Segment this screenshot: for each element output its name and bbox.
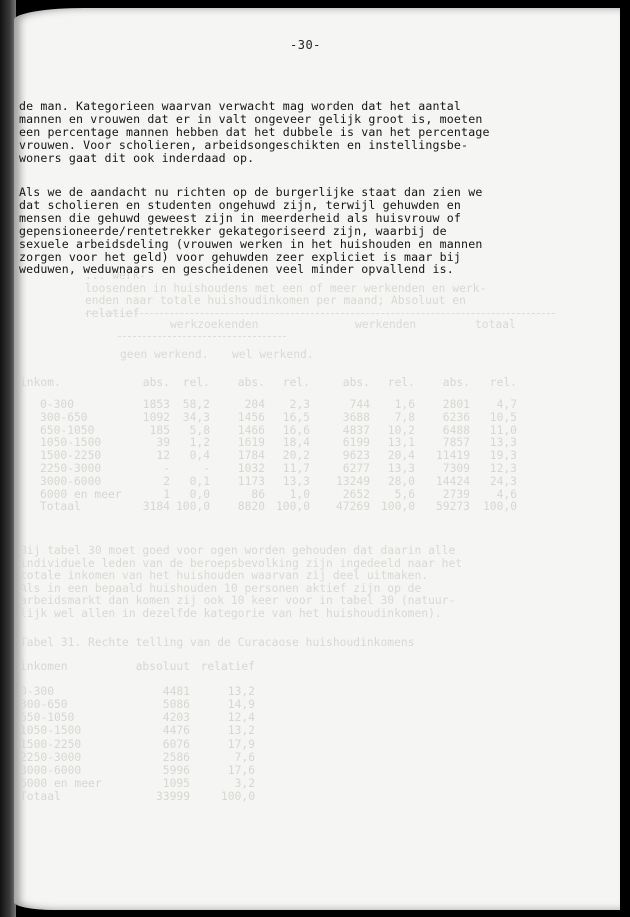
bleed-table-cell: - [203, 462, 210, 475]
bleed-through-table2-title: Tabel 31. Rechte telling van de Curacaos… [20, 637, 414, 650]
bleed-table2-row: 1500-2250607617,9 [20, 738, 280, 751]
bleed-table-cell: 4,6 [497, 488, 517, 501]
bleed-table-cell: 10,5 [490, 411, 517, 424]
bleed-table-cell: 5,8 [190, 424, 210, 437]
bleed-table2-cell: 0-300 [20, 685, 54, 698]
paragraph-2: Als we de aandacht nu richten op de burg… [19, 186, 482, 276]
bleed-table-cell: 7857 [443, 436, 470, 449]
bleed-table2-cell: 6076 [163, 738, 190, 751]
bleed-table-cell: 13,1 [388, 436, 415, 449]
bleed-header-totaal: totaal [475, 318, 516, 331]
bleed-table-cell: 39 [156, 436, 170, 449]
bleed-table2-cell: 17,9 [228, 738, 255, 751]
bleed-table-row: 1050-1500391,2161918,4619913,1785713,3 [20, 436, 540, 449]
bleed-table2-cell: 13,2 [228, 724, 255, 737]
bleed-table2-row: 6000 en meer10953,2 [20, 777, 280, 790]
bleed-table-cell: 100,0 [276, 500, 310, 513]
bleed-table-row: 0-300185358,22042,37441,628014,7 [20, 398, 540, 411]
bleed-table2-cell: 13,2 [228, 685, 255, 698]
bleed-table-cell: 59273 [436, 500, 470, 513]
bleed-table2-cell: 1095 [163, 777, 190, 790]
bleed-table2-cell: 17,6 [228, 764, 255, 777]
bleed-table-cell: 744 [350, 398, 370, 411]
bleed-table-cell: 13,3 [490, 436, 517, 449]
bleed-table-cell: 3184 [143, 500, 170, 513]
bleed-table-cell: 6199 [343, 436, 370, 449]
bleed-table-cell: 86 [251, 488, 265, 501]
bleed-header-werkzoekenden: werkzoekenden [170, 318, 258, 331]
bleed-table-cell: 1092 [143, 411, 170, 424]
bleed-table2-cell: Totaal [20, 790, 61, 803]
bleed-table2-row: Totaal33999100,0 [20, 790, 280, 803]
bleed-table-cell: 13,3 [283, 475, 310, 488]
bleed-subheader-geen: geen werkend. [120, 348, 208, 361]
bleed-table2-row: 300-650508614,9 [20, 698, 280, 711]
bleed-table2-cell: 7,6 [235, 751, 255, 764]
bleed-table-cell: - [163, 462, 170, 475]
bleed-table-cell: 300-650 [40, 411, 88, 424]
bleed-table2-cell: 14,9 [228, 698, 255, 711]
bleed-table-cell: 0,1 [190, 475, 210, 488]
bleed-table-cell: 1,2 [190, 436, 210, 449]
bleed-table-cell: 13249 [336, 475, 370, 488]
bleed-table-cell: 7,8 [395, 411, 415, 424]
bleed-table-cell: 11,0 [490, 424, 517, 437]
bleed-table2-cell: 3,2 [235, 777, 255, 790]
bleed-table-cell: 100,0 [176, 500, 210, 513]
bleed-table-cell: 6236 [443, 411, 470, 424]
bleed-table2-cell: 4481 [163, 685, 190, 698]
bleed-table2-cell: 33999 [156, 790, 190, 803]
bleed-table-cell: 20,2 [283, 449, 310, 462]
bleed-subheader-wel: wel werkend. [232, 348, 314, 361]
bleed-column-header: inkom. [20, 376, 61, 389]
bleed-table-cell: 6488 [443, 424, 470, 437]
bleed-table-row: 650-10501855,8146616,6483710,2648811,0 [20, 424, 540, 437]
bleed-table-cell: 204 [245, 398, 265, 411]
bleed-table2-cell: absoluut [136, 660, 190, 673]
bleed-table-row: 1500-2250120,4178420,2962320,41141919,3 [20, 449, 540, 462]
bleed-table2-cell: 5996 [163, 764, 190, 777]
bleed-table-cell: 24,3 [490, 475, 517, 488]
bleed-table-cell: 6000 en meer [40, 488, 122, 501]
bleed-table2-cell: relatief [201, 660, 255, 673]
bleed-table-cell: 2 [163, 475, 170, 488]
bleed-table2-header: inkomenabsoluutrelatief [20, 660, 280, 673]
bleed-table-cell: 3688 [343, 411, 370, 424]
bleed-table-cell: 34,3 [183, 411, 210, 424]
bleed-table-cell: 1500-2250 [40, 449, 101, 462]
bleed-table-row: 300-650109234,3145616,536887,8623610,5 [20, 411, 540, 424]
bleed-table-cell: 10,2 [388, 424, 415, 437]
bleed-table2-cell: 1050-1500 [20, 724, 81, 737]
bleed-table2-row: 3000-6000599617,6 [20, 764, 280, 777]
bleed-table2-row: 0-300448113,2 [20, 685, 280, 698]
bleed-table-cell: 2801 [443, 398, 470, 411]
bleed-table-cell: 0,4 [190, 449, 210, 462]
bleed-table2-row: 650-1050420312,4 [20, 711, 280, 724]
bleed-column-header: abs. [238, 376, 265, 389]
bleed-column-header: rel. [183, 376, 210, 389]
paragraph-1: de man. Kategorieen waarvan verwacht mag… [19, 100, 490, 165]
bleed-table-cell: 1,6 [395, 398, 415, 411]
bleed-table-cell: 7309 [443, 462, 470, 475]
bleed-header-werkenden: werkenden [355, 318, 416, 331]
bleed-table2-cell: 1500-2250 [20, 738, 81, 751]
bleed-table-cell: 19,3 [490, 449, 517, 462]
bleed-table-cell: 18,4 [283, 436, 310, 449]
bleed-table-cell: 5,6 [395, 488, 415, 501]
bleed-table-cell: 28,0 [388, 475, 415, 488]
bleed-table-cell: 58,2 [183, 398, 210, 411]
bleed-through-paragraph: Bij tabel 30 moet goed voor ogen worden … [20, 545, 462, 621]
bleed-table-cell: 1173 [238, 475, 265, 488]
bleed-table-cell: 1 [163, 488, 170, 501]
bleed-table-cell: 2739 [443, 488, 470, 501]
bleed-table-cell: 16,5 [283, 411, 310, 424]
bleed-table-cell: Totaal [40, 500, 81, 513]
bleed-table-cell: 1466 [238, 424, 265, 437]
bleed-column-header: rel. [490, 376, 517, 389]
bleed-table-cell: 185 [150, 424, 170, 437]
bleed-table-cell: 1619 [238, 436, 265, 449]
bleed-table-cell: 6277 [343, 462, 370, 475]
bleed-table-row: 2250-3000--103211,7627713,3730912,3 [20, 462, 540, 475]
bleed-table2-cell: 6000 en meer [20, 777, 102, 790]
page-number: -30- [290, 38, 321, 52]
bleed-table-cell: 9623 [343, 449, 370, 462]
bleed-table-cell: 0-300 [40, 398, 74, 411]
bleed-table-row: Totaal3184100,08820100,047269100,0592731… [20, 500, 540, 513]
bleed-column-header: rel. [388, 376, 415, 389]
bleed-table-cell: 650-1050 [40, 424, 94, 437]
bleed-table-cell: 1853 [143, 398, 170, 411]
bleed-table-cell: 1784 [238, 449, 265, 462]
bleed-table2-cell: 12,4 [228, 711, 255, 724]
bleed-table-cell: 47269 [336, 500, 370, 513]
bleed-table-cell: 16,6 [283, 424, 310, 437]
bleed-table-cell: 3000-6000 [40, 475, 101, 488]
bleed-table-cell: 8820 [238, 500, 265, 513]
bleed-through-rule [85, 313, 555, 314]
bleed-table2-cell: 5086 [163, 698, 190, 711]
bleed-column-header: abs. [143, 376, 170, 389]
bleed-table2-cell: 2586 [163, 751, 190, 764]
bleed-table2-cell: 650-1050 [20, 711, 74, 724]
bleed-subrule [118, 336, 286, 337]
bleed-table-cell: 11419 [436, 449, 470, 462]
bleed-table-cell: 1050-1500 [40, 436, 101, 449]
bleed-table-cell: 20,4 [388, 449, 415, 462]
bleed-table-cell: 1032 [238, 462, 265, 475]
bleed-table-cell: 12,3 [490, 462, 517, 475]
bleed-table-cell: 1,0 [290, 488, 310, 501]
bleed-table-cell: 100,0 [483, 500, 517, 513]
bleed-column-header: rel. [283, 376, 310, 389]
bleed-table2-row: 1050-1500447613,2 [20, 724, 280, 737]
bleed-table-cell: 11,7 [283, 462, 310, 475]
bleed-table2-cell: 2250-3000 [20, 751, 81, 764]
bleed-table-cell: 12 [156, 449, 170, 462]
bleed-column-header: abs. [343, 376, 370, 389]
bleed-table2-cell: 4203 [163, 711, 190, 724]
bleed-table-cell: 4837 [343, 424, 370, 437]
bleed-table-cell: 14424 [436, 475, 470, 488]
bleed-table-cell: 4,7 [497, 398, 517, 411]
bleed-column-header: abs. [443, 376, 470, 389]
bleed-table-cell: 2,3 [290, 398, 310, 411]
bleed-table-cell: 2652 [343, 488, 370, 501]
bleed-table2-cell: 4476 [163, 724, 190, 737]
bleed-table2-row: 2250-300025867,6 [20, 751, 280, 764]
bleed-table-row: 3000-600020,1117313,31324928,01442424,3 [20, 475, 540, 488]
bleed-table-cell: 1456 [238, 411, 265, 424]
bleed-column-header-row: inkom.abs.rel.abs.rel.abs.rel.abs.rel. [20, 376, 540, 389]
bleed-table-row: 6000 en meer10,0861,026525,627394,6 [20, 488, 540, 501]
bleed-table2-cell: 100,0 [221, 790, 255, 803]
bleed-table2-cell: inkomen [20, 660, 68, 673]
bleed-table2-cell: 3000-6000 [20, 764, 81, 777]
bleed-table-cell: 13,3 [388, 462, 415, 475]
bleed-table-cell: 0,0 [190, 488, 210, 501]
bleed-table2-cell: 300-650 [20, 698, 68, 711]
bleed-table-cell: 100,0 [381, 500, 415, 513]
bleed-table-cell: 2250-3000 [40, 462, 101, 475]
